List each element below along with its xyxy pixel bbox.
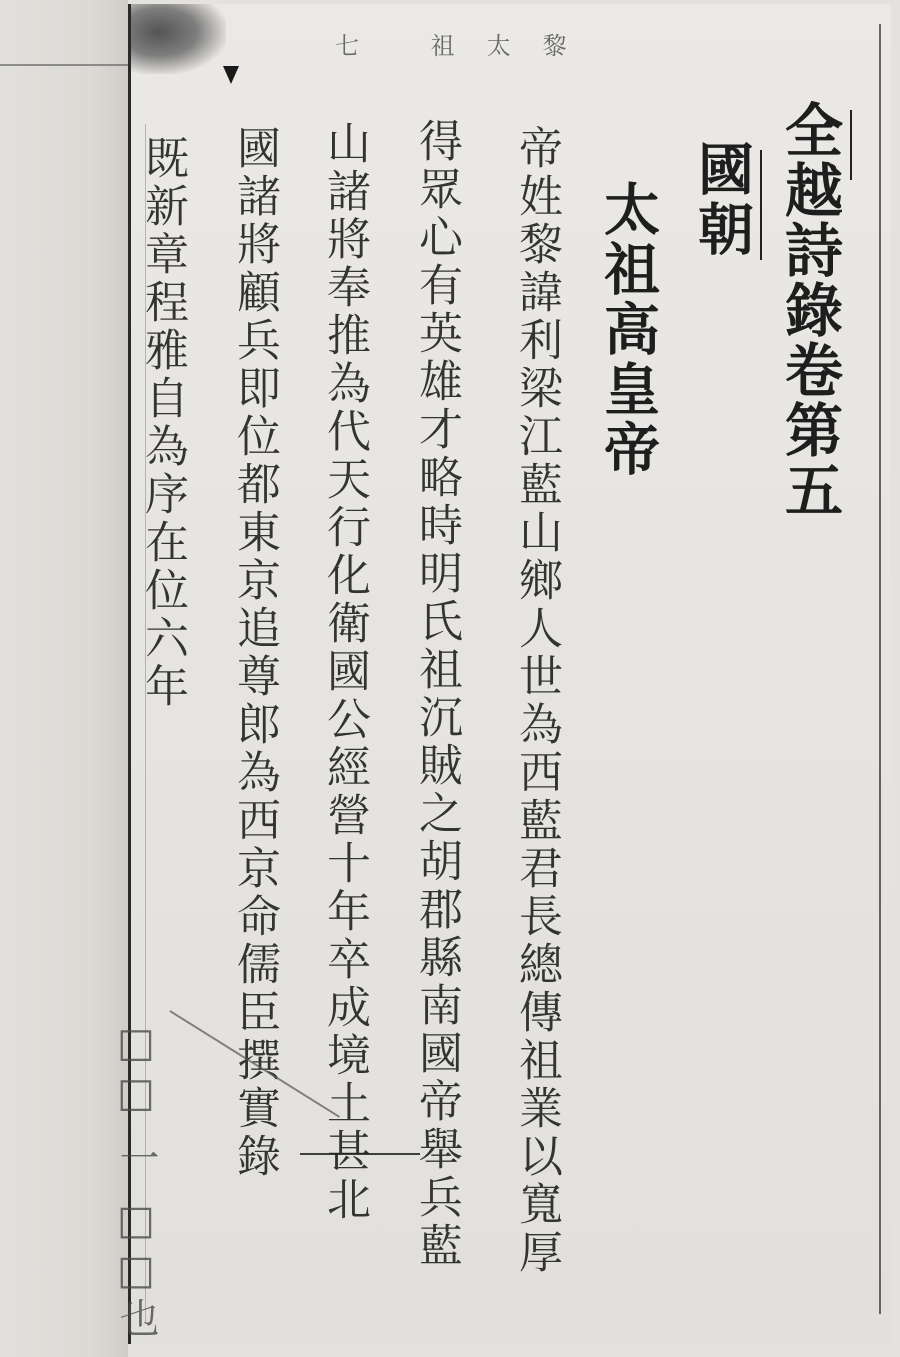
dynasty-heading: 國朝 <box>694 140 750 260</box>
text-line-5: 既新章程雅自為序在位六年 <box>140 135 184 915</box>
page-border-right <box>879 24 881 1314</box>
title-bracket <box>850 110 852 180</box>
dynasty-bracket <box>760 150 762 260</box>
ink-smudge <box>131 4 226 74</box>
volume-title: 全越詩錄卷第五 <box>780 100 838 520</box>
text-line-4: 國諸將顧兵即位都東京追尊郎為西京命儒臣撰實錄 <box>232 125 276 1345</box>
fishtail-marker-icon <box>223 66 239 84</box>
margin-note: □□ 一 □□也 <box>116 1020 156 1341</box>
strike-line <box>300 1153 420 1155</box>
facing-page-edge <box>0 0 128 1357</box>
text-line-3: 山諸將奉推為代天行化衛國公經營十年卒成境土甚北 <box>322 120 366 1340</box>
facing-page-rule <box>0 64 128 66</box>
emperor-heading: 太祖高皇帝 <box>600 180 656 480</box>
running-head: 黎太祖 七 <box>335 26 599 61</box>
text-line-2: 得眾心有英雄才略時明氏祖沉賊之胡郡縣南國帝舉兵藍 <box>414 118 458 1343</box>
text-line-1: 帝姓黎諱利梁江藍山鄉人世為西藍君長總傳祖業以寬厚 <box>514 125 558 1345</box>
